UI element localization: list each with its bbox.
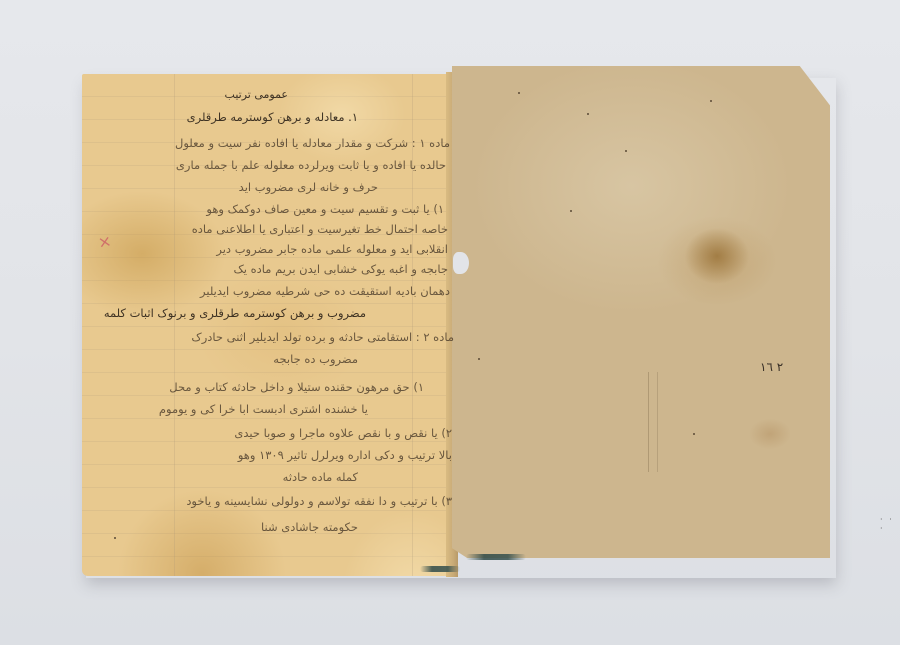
text-line: انقلابی اید و معلوله علمی ماده جابر مضرو…	[216, 242, 448, 256]
text-line: حرف و خانه لری مضروب اید	[239, 180, 378, 194]
right-page	[452, 66, 830, 558]
paper-speck	[114, 537, 116, 539]
paper-speck	[518, 92, 520, 94]
handwritten-text: عمومی ترتیب ١. معادله و برهن کوسترمه طرق…	[82, 74, 458, 576]
text-line: خاصه احتمال خط تغیرسیت و اعتباری یا اطلا…	[192, 222, 448, 236]
text-line: جابجه و اغبه یوکی خشابی ایدن بریم ماده ی…	[234, 262, 449, 276]
text-line: کمله ماده حادثه	[283, 470, 358, 484]
page-heading: عمومی ترتیب	[225, 88, 288, 101]
text-line: حکومته جاشادی شنا	[261, 520, 358, 534]
page-number: ٢ ١٦	[760, 360, 783, 374]
paper-speck	[693, 433, 695, 435]
text-line: ماده ١ : شرکت و مقدار معادله یا افاده نف…	[175, 136, 450, 150]
text-line: ٢) یا نقص و با نقص علاوه ماجرا و صوبا حی…	[234, 426, 452, 440]
worn-edge	[466, 554, 526, 560]
text-line: دهمان بادیه استقیقت ده حی شرطیه مضروب ای…	[200, 284, 450, 298]
text-line: حالده یا افاده و یا ثابت ویرلرده معلوله …	[176, 158, 446, 172]
paper-speck	[710, 100, 712, 102]
text-line: یا خشنده اشتری ادبست ابا خرا کی و یوموم	[159, 402, 368, 416]
text-line: مضروب و برهن کوسترمه طرقلری و برنوک اثبا…	[104, 306, 366, 320]
text-line: مضروب ده جابجه	[273, 352, 358, 366]
page-subheading: ١. معادله و برهن کوسترمه طرقلری	[187, 110, 358, 124]
background-marks: ‧ ‧ ‧	[880, 515, 900, 533]
text-line: ماده ٢ : استقامتی حادثه و برده تولد ایدی…	[191, 330, 454, 344]
paper-speck	[478, 358, 480, 360]
paper-speck	[625, 150, 627, 152]
text-line: ١) یا ثبت و تقسیم سیت و معین صاف دوکمک و…	[206, 202, 444, 216]
paper-crease	[648, 372, 658, 472]
paper-speck	[587, 113, 589, 115]
text-line: ١) حق مرهون حقنده ستیلا و داخل حادثه کتا…	[169, 380, 424, 394]
text-line: ٣) با ترتیب و دا نفقه تولاسم و دولولی نش…	[186, 494, 452, 508]
text-line: بالا ترتیب و دکی اداره ویرلرل تاثیر ۱۳۰۹…	[238, 448, 452, 462]
paper-speck	[570, 210, 572, 212]
